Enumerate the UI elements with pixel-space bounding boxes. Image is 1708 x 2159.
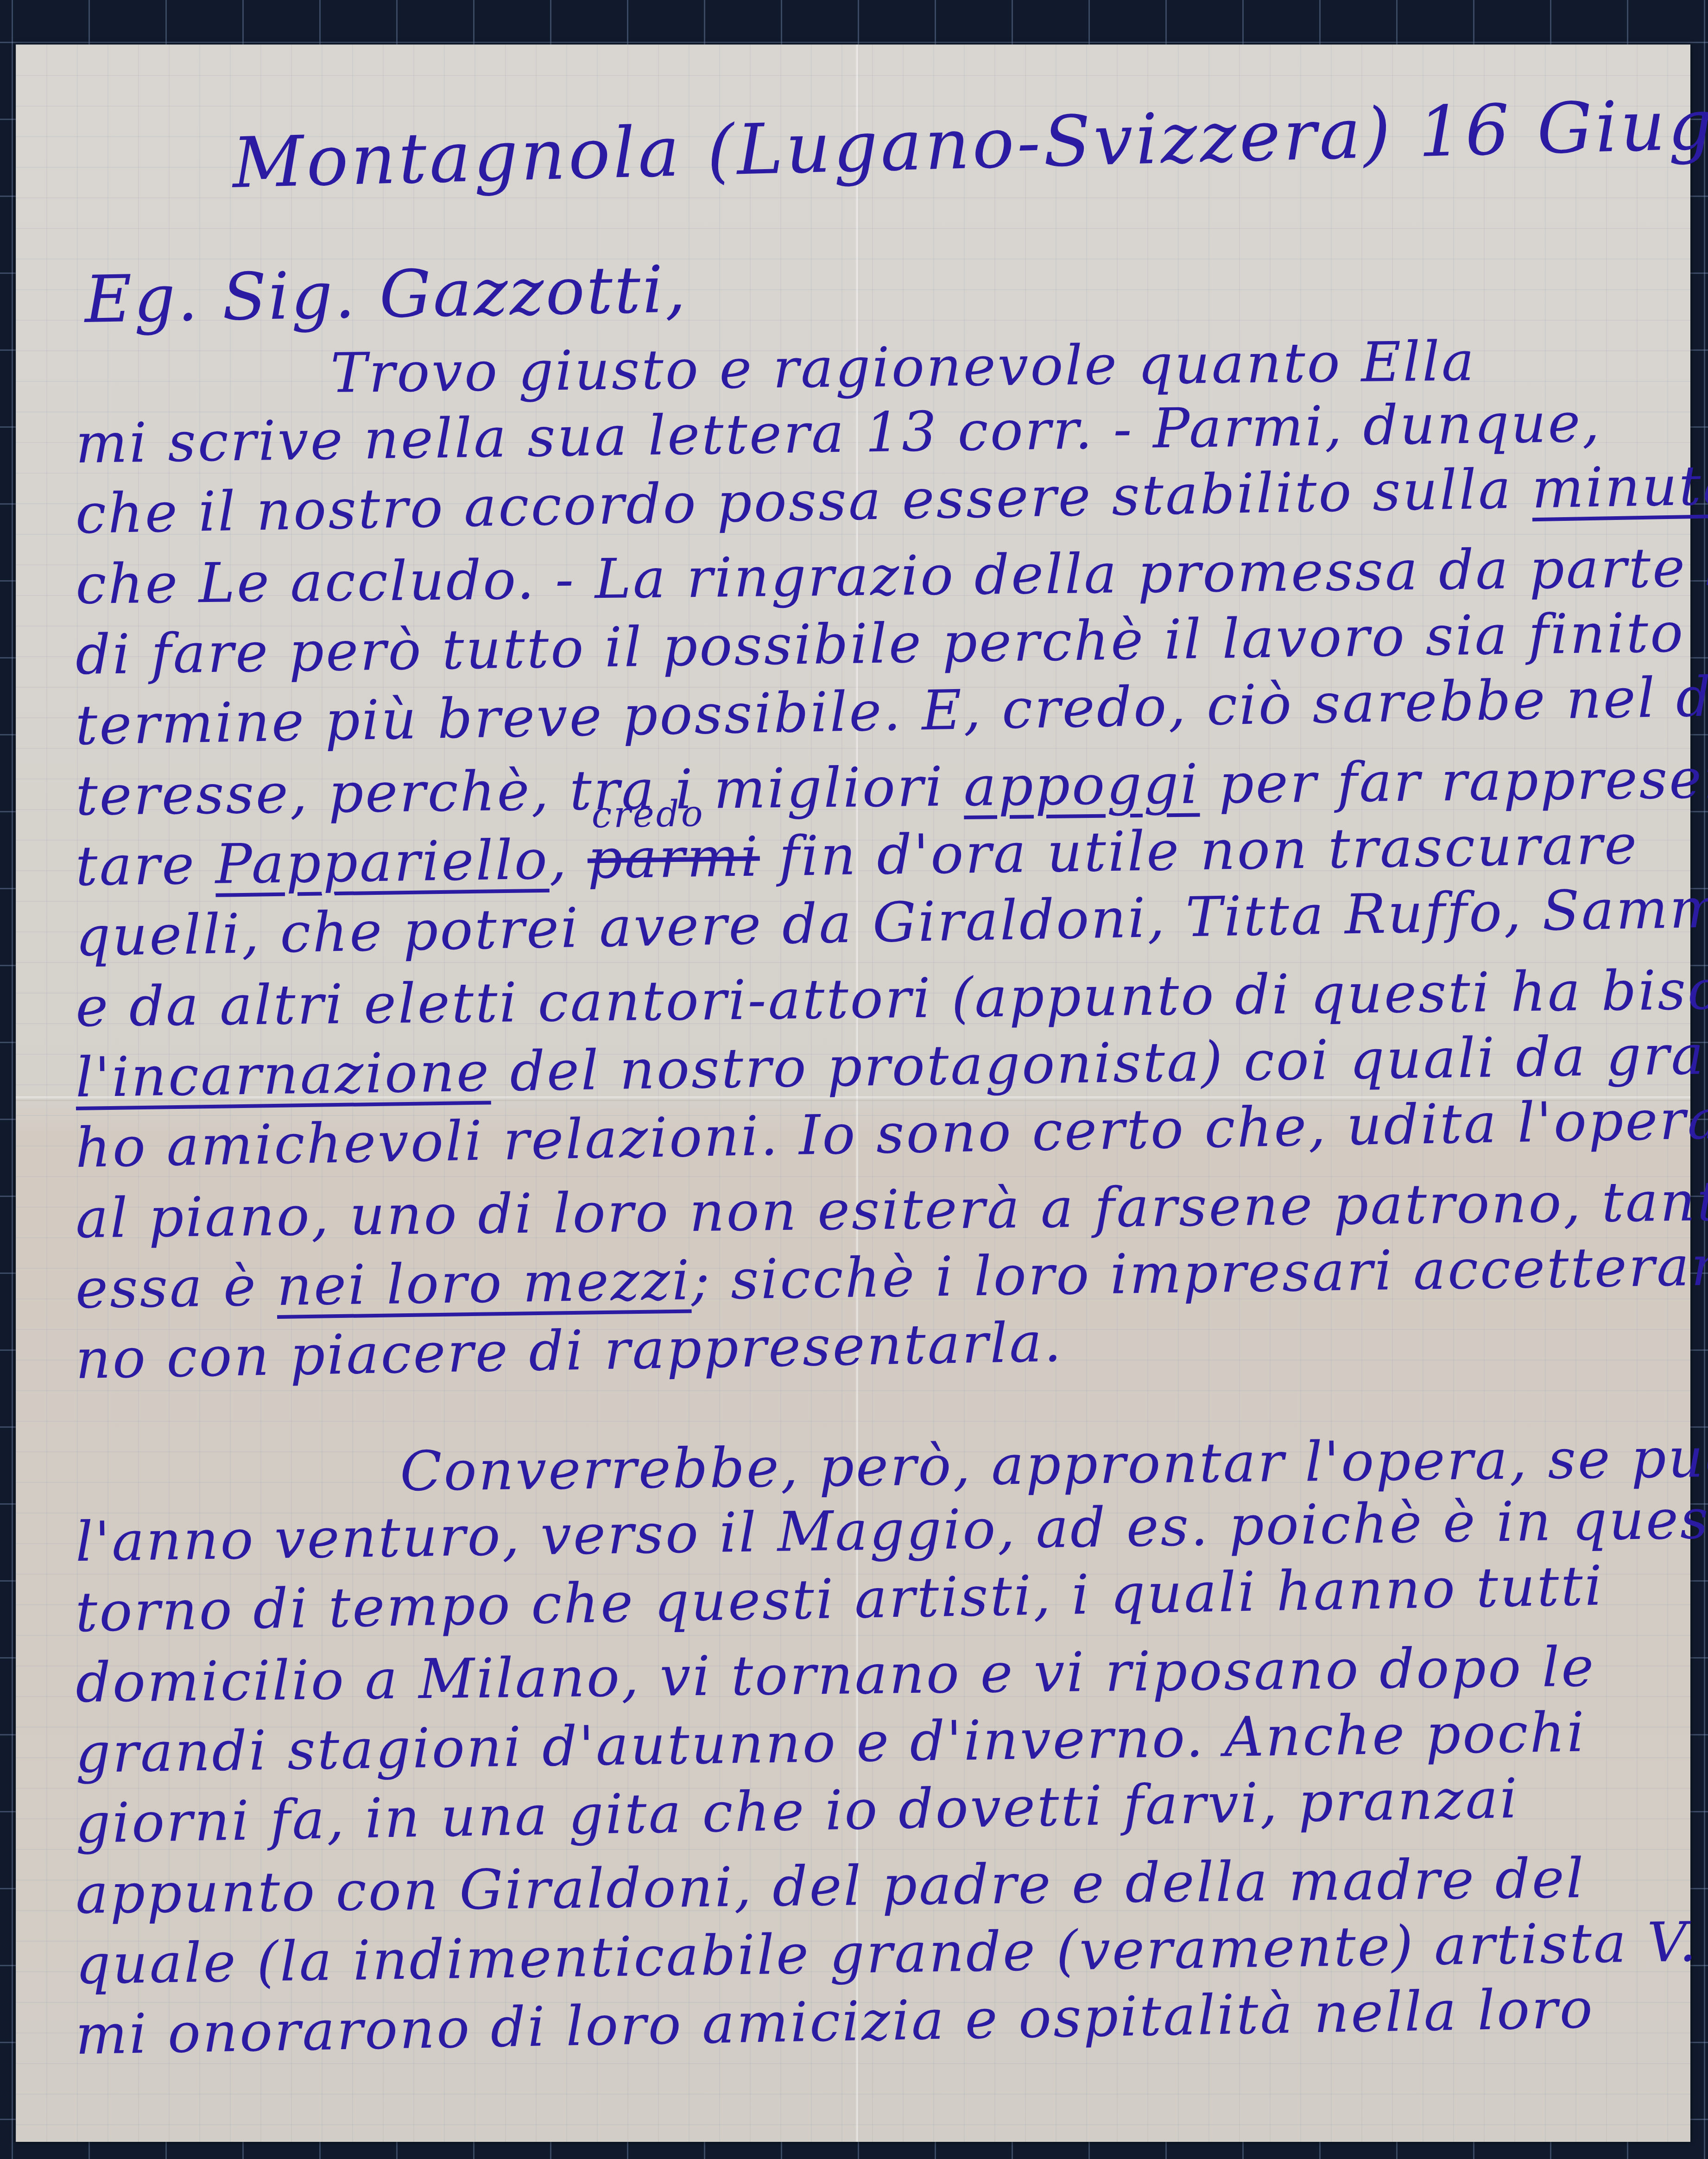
underlined-word: appoggi	[963, 752, 1200, 818]
letter-line: appunto con Giraldoni, del padre e della…	[76, 1846, 1586, 1926]
inserted-word: credo	[591, 793, 705, 836]
underlined-word: l'incarnazione	[75, 1040, 491, 1109]
line-text: fin d'ora utile non trascurare	[759, 812, 1639, 888]
cutting-mat-background	[0, 0, 0, 0]
salutation: Eg. Sig. Gazzotti,	[84, 252, 688, 338]
line-text: Trovo giusto e ragionevole quanto Ella	[330, 329, 1476, 405]
underlined-word: minuta	[1531, 453, 1708, 520]
line-text: appunto con Giraldoni, del padre e della…	[76, 1846, 1586, 1926]
line-text: ; sicchè i loro impresari accetteran-	[691, 1234, 1708, 1312]
letter-line: no con piacere di rappresentarla.	[75, 1310, 1064, 1391]
underlined-word: nei loro mezzi	[276, 1248, 691, 1317]
line-text: per far rappresen-	[1199, 746, 1708, 816]
letter-page: Montagnola (Lugano-Svizzera) 16 Giugno 9…	[16, 44, 1690, 2142]
line-text: teresse, perchè, tra i migliori	[76, 754, 964, 828]
underlined-word: Pappariello	[215, 828, 550, 896]
letter-line: Trovo giusto e ragionevole quanto Ella	[330, 329, 1476, 405]
correction: parmicredo	[587, 824, 760, 891]
dateline: Montagnola (Lugano-Svizzera) 16 Giugno 9…	[231, 78, 1708, 204]
line-text: no con piacere di rappresentarla.	[75, 1310, 1064, 1391]
line-text: essa è	[75, 1254, 277, 1321]
line-text: tare	[75, 832, 215, 898]
